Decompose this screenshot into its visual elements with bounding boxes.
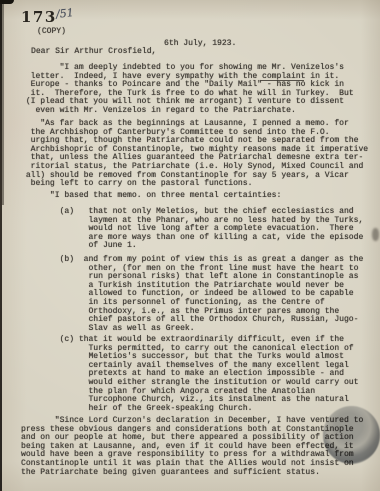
scan-corner-mark [0,0,14,4]
list-item-c: (c) that it would be extraordinarily dif… [21,336,358,413]
document-page: 173 /51 (COPY) 6th July, 1923. Dear Sir … [0,0,380,491]
list-item-a: (a) that not only Meletios, but the chie… [21,208,363,251]
letter-closing-paragraph: "Since Lord Curzon's declaration in Dece… [21,417,363,477]
folio-number: 173 [21,10,57,25]
scan-edge-left-upper [2,0,4,205]
date-line: 6th July, 1923. [164,40,236,49]
letter-paragraph-1: "I am deeply indebted to you for showing… [21,64,354,116]
circular-ink-stamp [323,406,380,464]
salutation: Dear Sir Arthur Crosfield, [31,48,156,57]
certainties-intro-line: "I based that memo. on three mental cert… [21,192,281,201]
right-edge-smudge [372,228,379,241]
scan-edge-bottom [0,483,380,491]
letter-paragraph-2: "As far back as the beginnings at Lausan… [21,120,368,189]
list-item-b: (b) and from my point of view this is as… [21,256,363,333]
complaint-underline [261,80,304,81]
handwritten-annotation: /51 [55,7,74,20]
copy-label: (COPY) [37,28,66,37]
